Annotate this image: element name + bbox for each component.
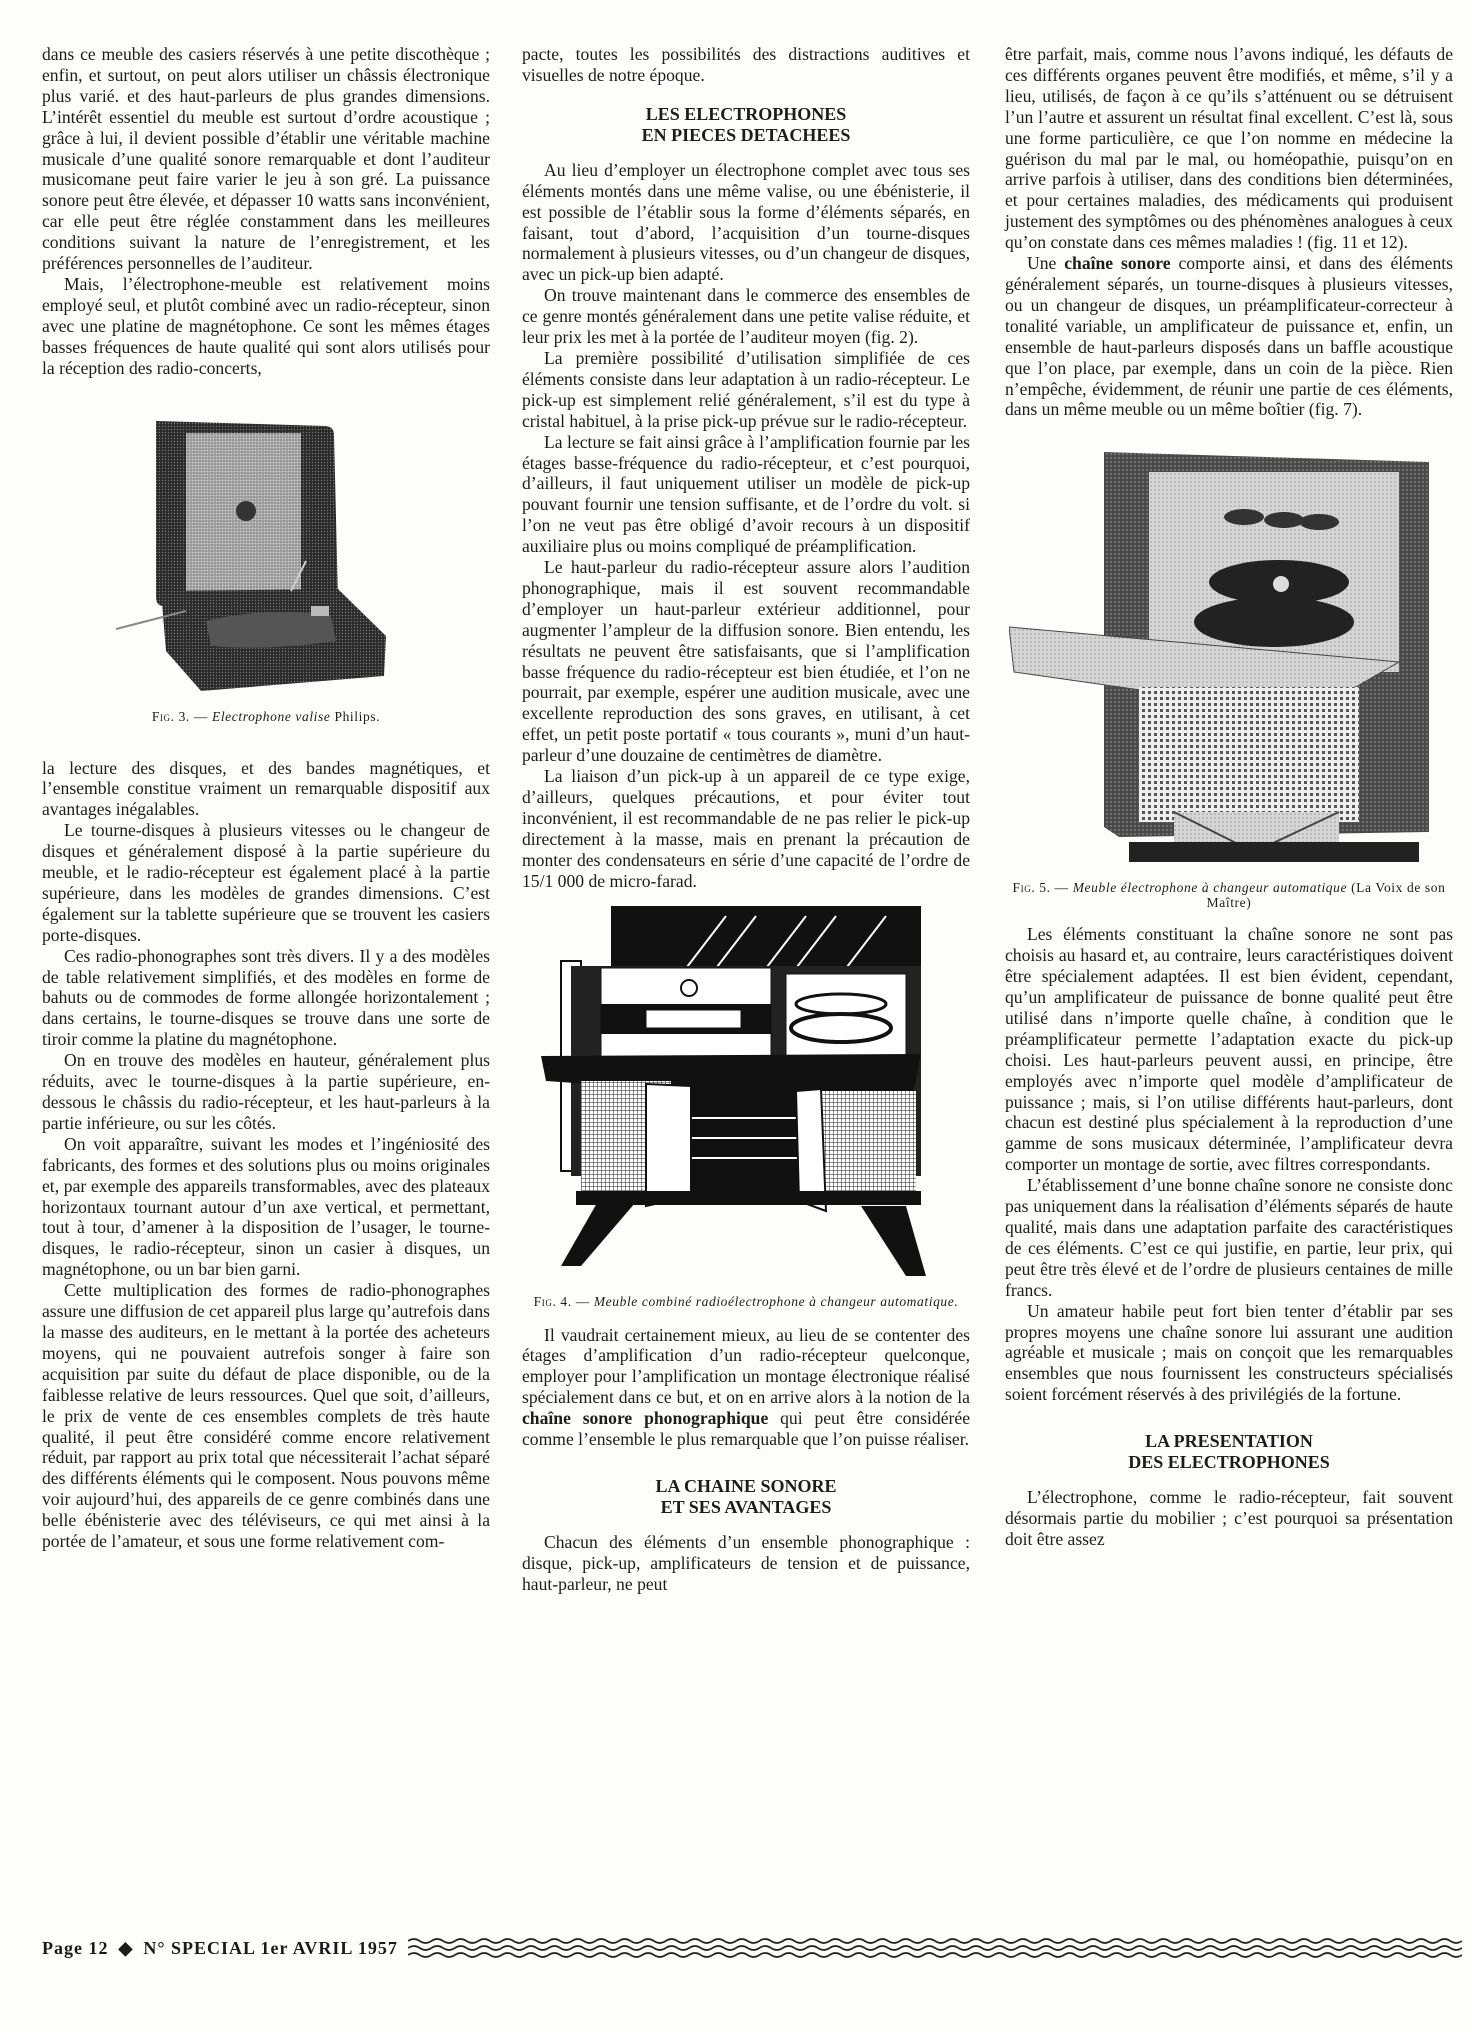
paragraph: Chacun des éléments d’un ensemble phonog… xyxy=(522,1532,970,1595)
section-heading-chaine-sonore: LA CHAINE SONORE ET SES AVANTAGES xyxy=(522,1476,970,1518)
figure-4: Fig. 4. — Meuble combiné radioélectropho… xyxy=(522,906,970,1309)
column-3: être parfait, mais, comme nous l’avons i… xyxy=(1005,44,1453,1550)
paragraph: L’électrophone, comme le radio-récepteur… xyxy=(1005,1487,1453,1550)
paragraph: On en trouve des modèles en hauteur, gén… xyxy=(42,1050,490,1134)
section-heading-presentation: LA PRESENTATION DES ELECTROPHONES xyxy=(1005,1431,1453,1473)
caption-dash: — xyxy=(1051,880,1073,895)
paragraph: pacte, toutes les possibilités des distr… xyxy=(522,44,970,86)
heading-line: ET SES AVANTAGES xyxy=(522,1497,970,1518)
paragraph: Mais, l’électrophone-meuble est relative… xyxy=(42,274,490,379)
paragraph: être parfait, mais, comme nous l’avons i… xyxy=(1005,44,1453,253)
heading-line: LA PRESENTATION xyxy=(1005,1431,1453,1452)
paragraph: la lecture des disques, et des bandes ma… xyxy=(42,758,490,821)
meuble-radioelectrophone-illustration xyxy=(541,906,951,1286)
figure-5-caption: Fig. 5. — Meuble électrophone à changeur… xyxy=(1005,880,1453,910)
diamond-ornament-icon: ◆ xyxy=(118,1938,133,1959)
figure-number: Fig. 4. xyxy=(534,1294,572,1309)
paragraph: Une chaîne sonore comporte ainsi, et dan… xyxy=(1005,253,1453,420)
figure-4-caption: Fig. 4. — Meuble combiné radioélectropho… xyxy=(522,1294,970,1309)
bold-term: chaîne sonore phonographique xyxy=(522,1408,768,1428)
caption-title: Meuble combiné radioélectrophone à chang… xyxy=(594,1294,959,1309)
electrophone-valise-photo xyxy=(116,401,416,701)
caption-dash: — xyxy=(190,709,212,724)
paragraph: La liaison d’un pick-up à un appareil de… xyxy=(522,766,970,891)
paragraph: L’établissement d’une bonne chaîne sonor… xyxy=(1005,1175,1453,1300)
issue-label: N° SPECIAL 1er AVRIL 1957 xyxy=(143,1938,398,1959)
bold-term: chaîne sonore xyxy=(1064,253,1170,273)
figure-3-caption: Fig. 3. — Electrophone valise Philips. xyxy=(42,709,490,724)
heading-line: DES ELECTROPHONES xyxy=(1005,1452,1453,1473)
heading-line: LES ELECTROPHONES xyxy=(522,104,970,125)
caption-title: Electrophone valise xyxy=(212,709,331,724)
column-1: dans ce meuble des casiers réservés à un… xyxy=(42,44,490,1552)
figure-number: Fig. 5. xyxy=(1013,880,1051,895)
paragraph: On trouve maintenant dans le commerce de… xyxy=(522,285,970,348)
caption-dash: — xyxy=(572,1294,594,1309)
caption-brand: Philips. xyxy=(330,709,380,724)
text-run: Une xyxy=(1027,253,1064,273)
paragraph: La première possibilité d’utilisation si… xyxy=(522,348,970,432)
page-number: Page 12 xyxy=(42,1938,108,1959)
meuble-electrophone-photo xyxy=(1009,432,1449,872)
heading-line: LA CHAINE SONORE xyxy=(522,1476,970,1497)
paragraph: dans ce meuble des casiers réservés à un… xyxy=(42,44,490,274)
paragraph: Les éléments constituant la chaîne sonor… xyxy=(1005,924,1453,1175)
column-2: pacte, toutes les possibilités des distr… xyxy=(522,44,970,1595)
page-footer: Page 12 ◆ N° SPECIAL 1er AVRIL 1957 xyxy=(42,1933,1462,1963)
paragraph: Il vaudrait certainement mieux, au lieu … xyxy=(522,1325,970,1450)
text-run: comporte ainsi, et dans des éléments gén… xyxy=(1005,253,1453,419)
paragraph: Le tourne-disques à plusieurs vitesses o… xyxy=(42,820,490,945)
paragraph: Au lieu d’employer un électrophone compl… xyxy=(522,160,970,285)
paragraph: Un amateur habile peut fort bien tenter … xyxy=(1005,1301,1453,1406)
paragraph: La lecture se fait ainsi grâce à l’ampli… xyxy=(522,432,970,557)
paragraph: Le haut-parleur du radio-récepteur assur… xyxy=(522,557,970,766)
figure-5: Fig. 5. — Meuble électrophone à changeur… xyxy=(1005,432,1453,910)
paragraph: Cette multiplication des formes de radio… xyxy=(42,1280,490,1552)
paragraph: Ces radio-phonographes sont très divers.… xyxy=(42,946,490,1051)
caption-title: Meuble électrophone à changeur automatiq… xyxy=(1073,880,1347,895)
figure-number: Fig. 3. xyxy=(152,709,190,724)
heading-line: EN PIECES DETACHEES xyxy=(522,125,970,146)
figure-3: Fig. 3. — Electrophone valise Philips. xyxy=(42,401,490,724)
section-heading-pieces-detachees: LES ELECTROPHONES EN PIECES DETACHEES xyxy=(522,104,970,146)
text-run: Il vaudrait certainement mieux, au lieu … xyxy=(522,1325,970,1408)
wavy-rule-ornament xyxy=(408,1937,1462,1959)
paragraph: On voit apparaître, suivant les modes et… xyxy=(42,1134,490,1280)
